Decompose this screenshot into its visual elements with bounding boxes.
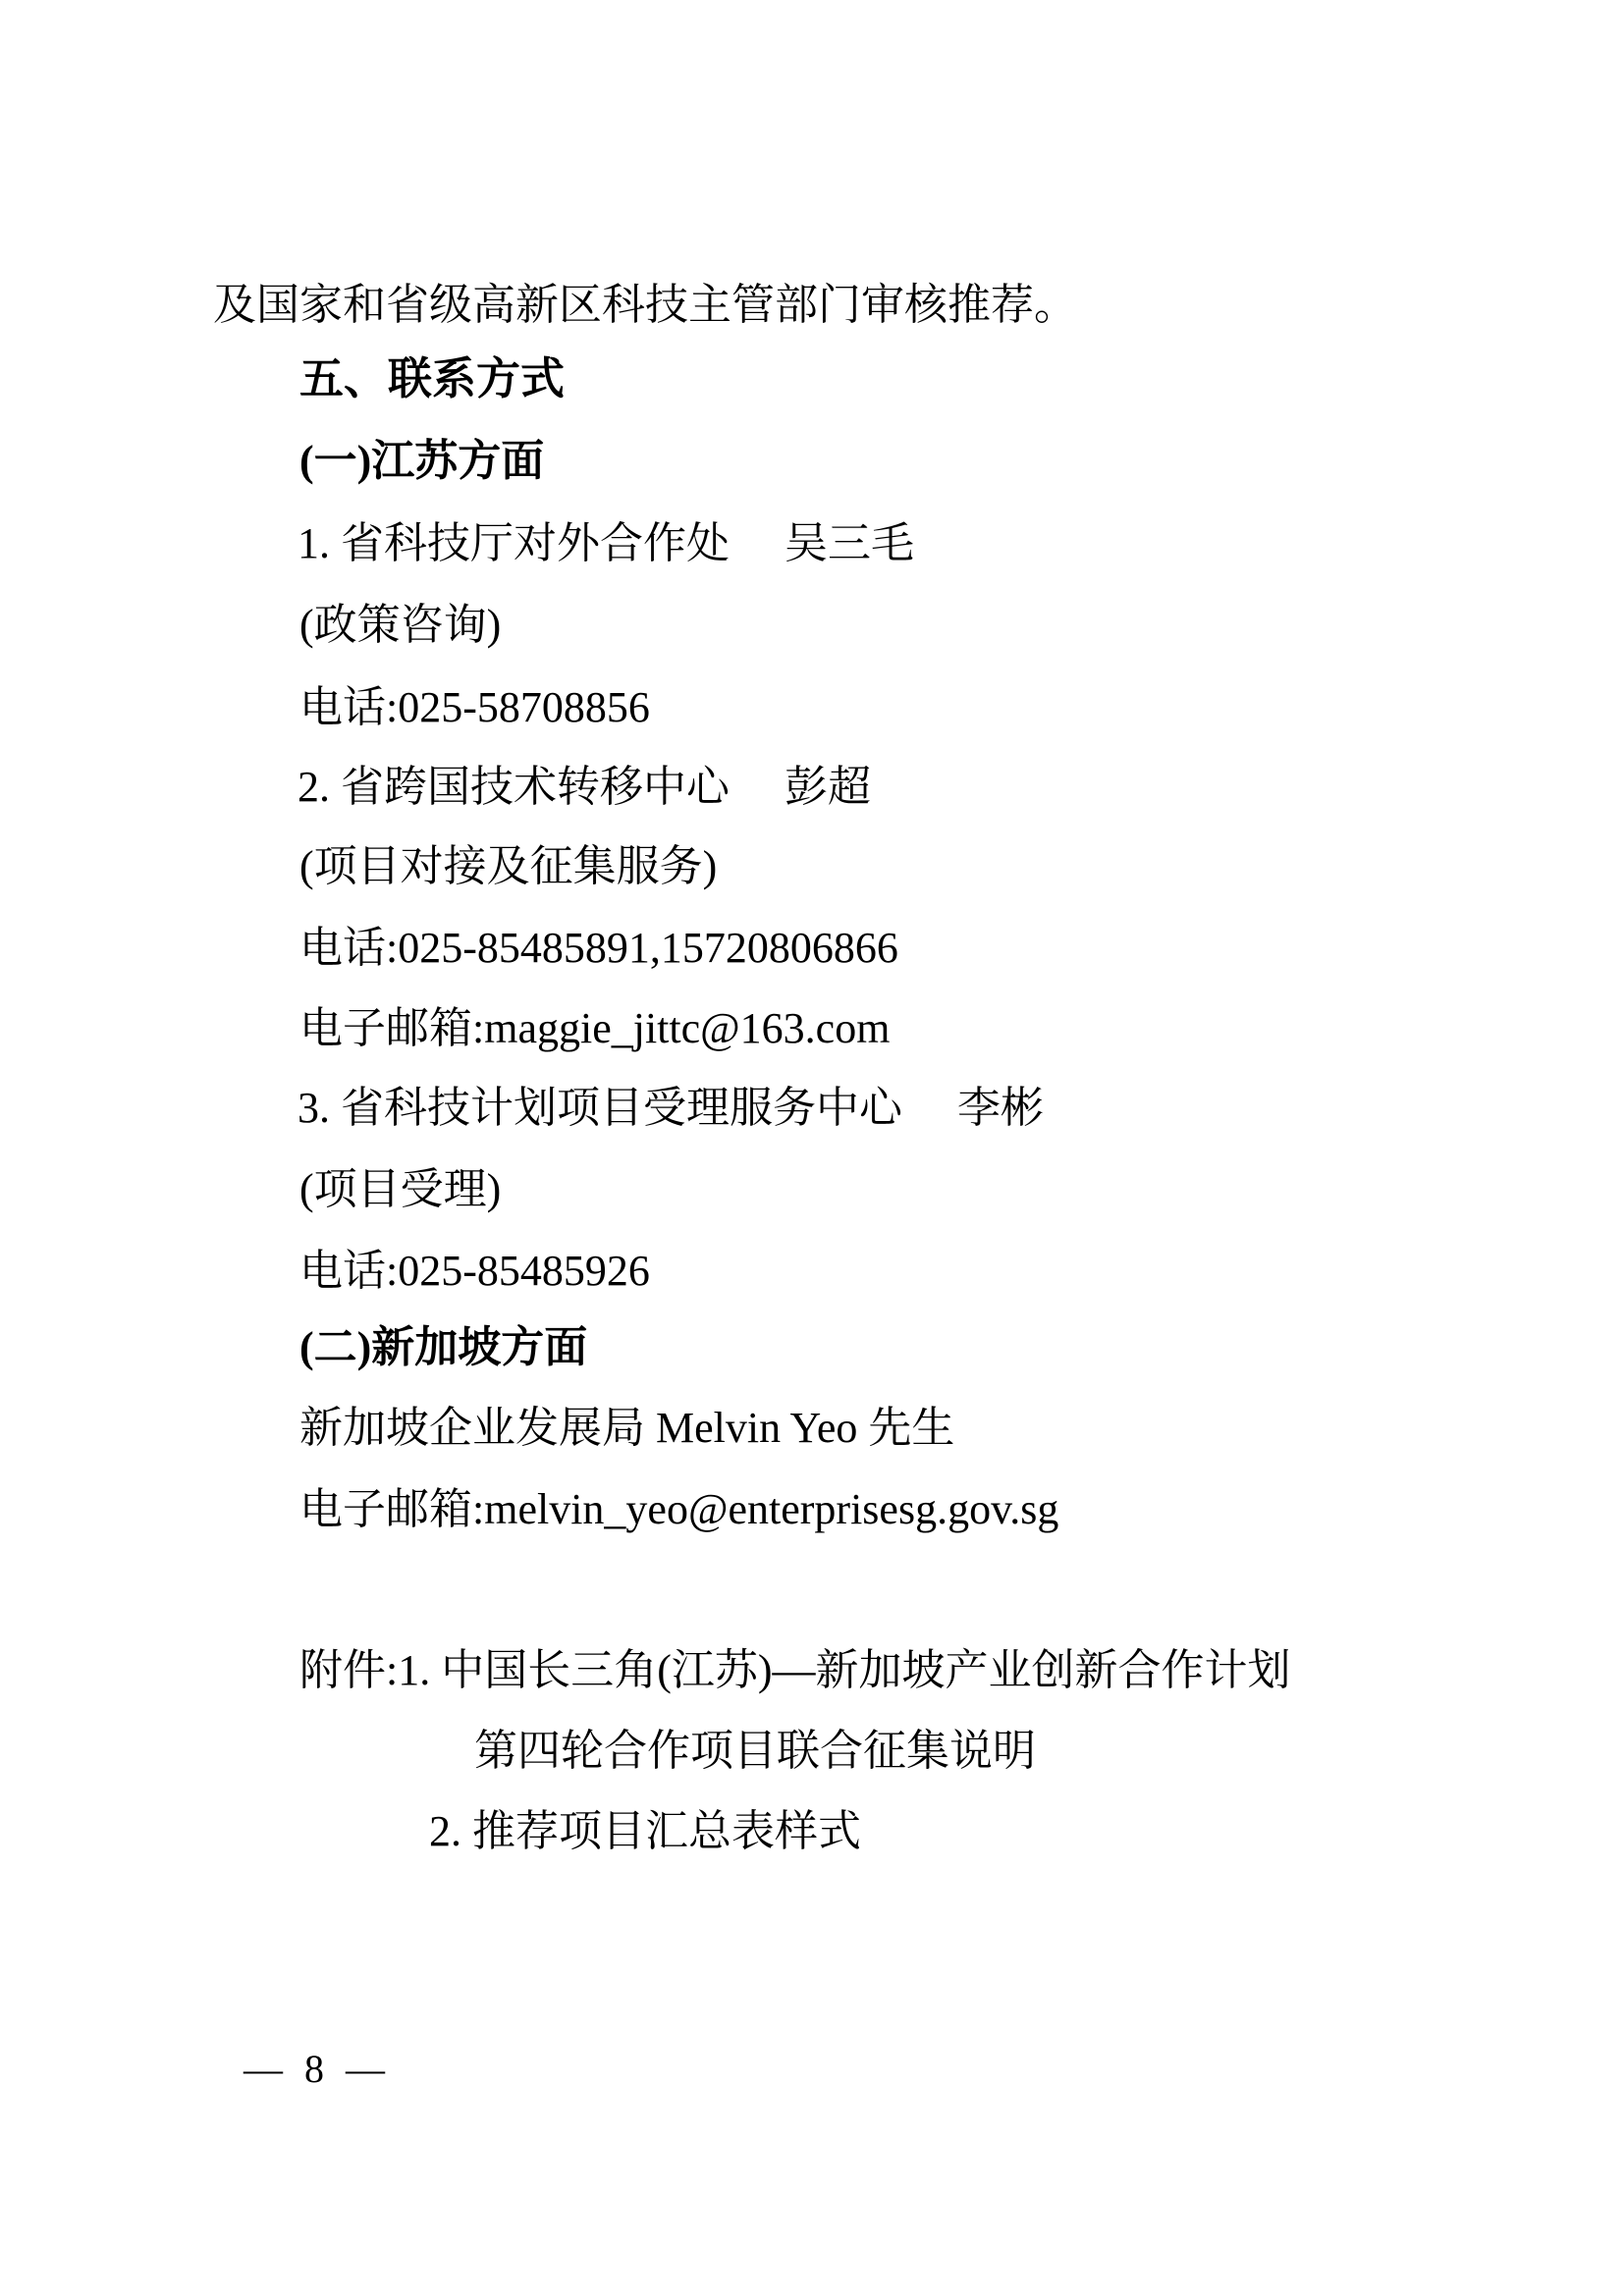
jiangsu-contact2-phone: 电话:025-85485891,15720806866 (299, 924, 898, 974)
singapore-email: 电子邮箱:melvin_yeo@enterprisesg.gov.sg (299, 1485, 1058, 1535)
jiangsu-contact2-email: 电子邮箱:maggie_jittc@163.com (299, 1004, 890, 1054)
jiangsu-contact1-phone: 电话:025-58708856 (299, 683, 650, 733)
jiangsu-contact3-person: 李彬 (957, 1084, 1044, 1134)
jiangsu-contact3-scope: (项目受理) (299, 1165, 501, 1215)
subsection-heading-singapore: (二)新加坡方面 (299, 1323, 587, 1373)
continued-paragraph: 及国家和省级高新区科技主管部门审核推荐。 (213, 281, 1077, 331)
jiangsu-contact1-line: 1. 省科技厅对外合作处吴三毛 (298, 519, 914, 569)
jiangsu-contact3-phone: 电话:025-85485926 (299, 1247, 650, 1297)
singapore-contact: 新加坡企业发展局 Melvin Yeo 先生 (299, 1404, 954, 1454)
jiangsu-contact2-scope: (项目对接及征集服务) (299, 842, 717, 892)
jiangsu-contact3-line: 3. 省科技计划项目受理服务中心李彬 (298, 1084, 1044, 1134)
jiangsu-contact1-title: 1. 省科技厅对外合作处 (298, 519, 730, 567)
jiangsu-contact1-person: 吴三毛 (784, 519, 914, 569)
jiangsu-contact2-title: 2. 省跨国技术转移中心 (298, 763, 730, 811)
attachments-line2: 第四轮合作项目联合征集说明 (474, 1727, 1036, 1777)
subsection-heading-jiangsu: (一)江苏方面 (299, 437, 544, 487)
section-heading-contact-info: 五、联系方式 (299, 353, 565, 404)
attachments-line1: 附件:1. 中国长三角(江苏)—新加坡产业创新合作计划 (299, 1646, 1291, 1696)
jiangsu-contact2-person: 彭超 (784, 763, 871, 813)
page-number: — 8 — (243, 2050, 391, 2089)
attachments-line3: 2. 推荐项目汇总表样式 (429, 1807, 861, 1857)
document-page: 及国家和省级高新区科技主管部门审核推荐。 五、联系方式 (一)江苏方面 1. 省… (0, 0, 1623, 2296)
jiangsu-contact2-line: 2. 省跨国技术转移中心彭超 (298, 763, 871, 813)
jiangsu-contact1-scope: (政策咨询) (299, 601, 501, 651)
jiangsu-contact3-title: 3. 省科技计划项目受理服务中心 (298, 1084, 902, 1132)
